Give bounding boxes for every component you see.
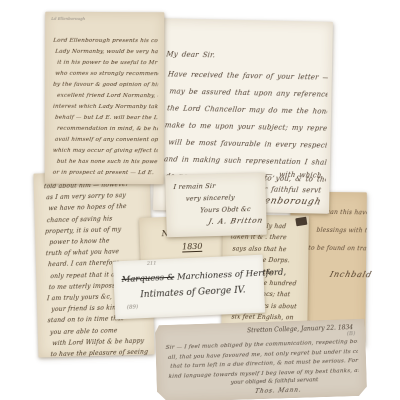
handwriting-line: Yours Obdt &c [200, 203, 263, 217]
caption-slip-hertford: 211 Marquess & Marchioness of Hertford, … [113, 255, 265, 320]
pencil-note: Ld Ellenborough [51, 16, 85, 21]
handwriting-line: which may occur of giving effect to it — [52, 146, 158, 157]
handwriting-line: interest which Lady Normanby takes in hi… [52, 102, 158, 113]
signature: Thos. Mann. [254, 387, 302, 396]
handwriting-line: My dear Sir. [165, 46, 329, 66]
handwriting-line: blessings with the Dock [315, 222, 367, 241]
handwriting-line: by the favour & good opinion of his late [52, 80, 158, 91]
handwriting-line: behalf — but Ld E. will bear the Ladyshi… [54, 113, 158, 124]
letter-body: I remain Sir very sincerely Yours Obdt &… [165, 173, 266, 228]
letter-body: Lord Ellenborough presents his comps toL… [45, 12, 165, 179]
pencil-number: (89) [127, 304, 139, 311]
letter-bottom-wide: Stretton College, January 22. 1834 (B) S… [155, 319, 367, 400]
letter-body: My dear Sir.Have received the favor of y… [154, 18, 333, 189]
caption-line: Intimates of George IV. [140, 285, 246, 300]
handwriting-year: 1830 [182, 242, 203, 253]
pencil-note: (B) [347, 331, 356, 337]
handwriting-line: recommendation in mind, & be happy to [56, 124, 158, 135]
pencil-number: 211 [147, 260, 157, 266]
handwriting-line: to have the pleasure of seeing you. [50, 347, 149, 361]
handwriting-line: it in his power to be useful to Mr Mould [57, 58, 159, 69]
handwriting-line: avail himself of any convenient opportun… [54, 135, 158, 146]
struck-text: Marquess & [121, 273, 174, 285]
handwriting-line: who comes so strongly recommended to him [54, 69, 158, 80]
handwriting-line: but he has none such in his power [56, 157, 158, 168]
note-i-remain-sir: I remain Sir very sincerely Yours Obdt &… [165, 173, 267, 238]
signature: J. A. Britton [207, 216, 263, 226]
photograph-of-letters: can this have a blessings with the Dock … [0, 0, 400, 400]
handwriting-line: Lord Ellenborough presents his comps to [53, 36, 159, 47]
handwriting-line: Lady Normanby, would be very happy to ha… [55, 47, 159, 58]
handwriting-line: can this have a [326, 204, 368, 222]
letter-ellenborough: Ld Ellenborough Lord Ellenborough presen… [45, 12, 165, 184]
signature: Inchbald [329, 270, 367, 279]
handwriting-line: to be found on track [307, 240, 367, 259]
handwriting-line: or in prospect at present — Ld E. [52, 168, 158, 179]
caption-line: Marquess & Marchioness of Hertford, [121, 268, 286, 285]
handwriting-line: excellent friend Lord Normanby, & by the [56, 91, 158, 102]
